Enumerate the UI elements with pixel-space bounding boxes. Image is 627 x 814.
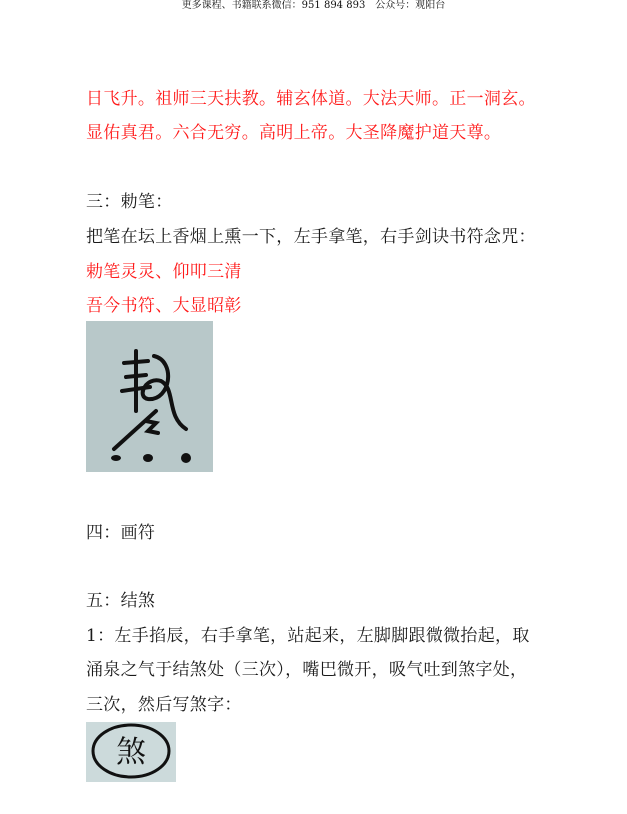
svg-text:煞: 煞 xyxy=(116,735,146,770)
section-4-title: 四：画符 xyxy=(86,518,155,543)
invocation-line-2: 显佑真君。六合无穷。高明上帝。大圣降魔护道天尊。 xyxy=(86,118,501,143)
talisman-chi-image xyxy=(86,321,213,472)
section-3-title: 三：勅笔： xyxy=(86,187,173,212)
page-header: 更多课程、书籍联系微信：951 894 893 公众号：观阳台 xyxy=(0,0,627,12)
section-5-title: 五：结煞 xyxy=(86,586,155,611)
chant-line-1: 勅笔灵灵、仰叩三清 xyxy=(86,257,242,282)
section-3-body: 把笔在坛上香烟上熏一下，左手拿笔，右手剑诀书符念咒： xyxy=(86,222,536,247)
sha-character-image: 煞 xyxy=(86,722,176,782)
section-5-line-1: 1：左手掐辰，右手拿笔，站起来，左脚脚跟微微抬起，取 xyxy=(86,621,530,646)
invocation-line-1: 日飞升。祖师三天扶教。辅玄体道。大法天师。正一洞玄。 xyxy=(86,84,536,109)
chant-line-2: 吾今书符、大显昭彰 xyxy=(86,291,242,316)
section-5-line-3: 三次，然后写煞字： xyxy=(86,690,242,715)
section-5-line-2: 涌泉之气于结煞处（三次），嘴巴微开，吸气吐到煞字处， xyxy=(86,655,527,680)
